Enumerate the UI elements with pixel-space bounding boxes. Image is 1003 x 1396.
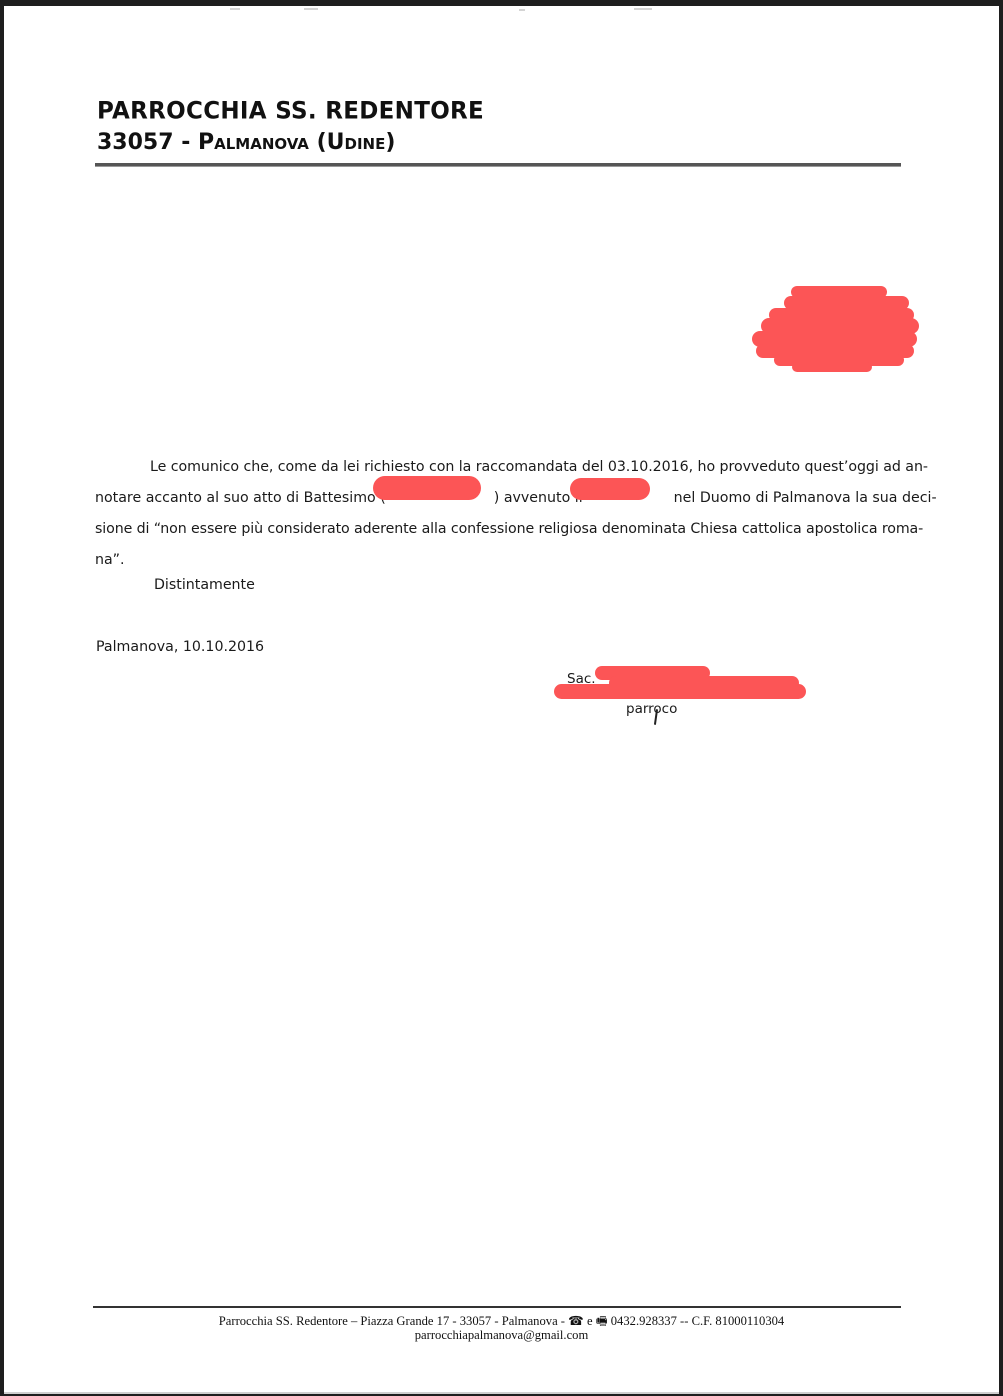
footer-divider bbox=[93, 1306, 901, 1308]
letterhead-subtitle: 33057 - Palmanova (Udine) bbox=[97, 130, 395, 155]
signature-role: parroco bbox=[626, 701, 677, 717]
letter-line-3: sione di “non essere più considerato ade… bbox=[95, 514, 907, 545]
document-page: PARROCCHIA SS. REDENTORE 33057 - Palmano… bbox=[4, 6, 999, 1394]
footer-email: parrocchiapalmanova@gmail.com bbox=[4, 1328, 999, 1343]
letterhead-divider bbox=[95, 163, 901, 167]
closing-salutation: Distintamente bbox=[154, 577, 255, 593]
baptism-details-redaction bbox=[373, 476, 481, 500]
place-and-date: Palmanova, 10.10.2016 bbox=[96, 639, 264, 655]
letter-body: Le comunico che, come da lei richiesto c… bbox=[95, 452, 907, 576]
letter-line-4: na”. bbox=[95, 545, 907, 576]
letter-line-1: Le comunico che, come da lei richiesto c… bbox=[95, 452, 907, 483]
scan-artifacts bbox=[4, 6, 999, 18]
baptism-date-redaction bbox=[570, 478, 650, 500]
letterhead-title: PARROCCHIA SS. REDENTORE bbox=[97, 97, 484, 124]
letter-line-2: notare accanto al suo atto di Battesimo … bbox=[95, 483, 907, 514]
